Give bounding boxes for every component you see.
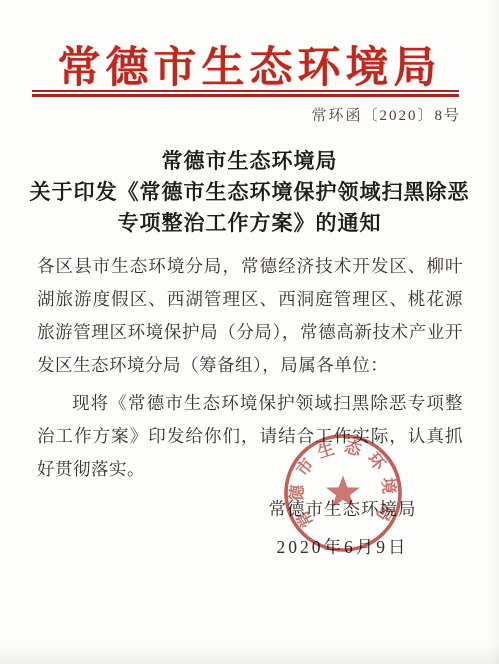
seal-star-icon [326, 476, 360, 508]
recipients-paragraph: 各区县市生态环境分局，常德经济技术开发区、柳叶湖旅游度假区、西湖管理区、西洞庭管… [37, 250, 463, 382]
letterhead-agency-title: 常德市生态环境局 [0, 34, 499, 95]
document-title-line2: 关于印发《常德市生态环境保护领域扫黑除恶 [0, 177, 499, 208]
document-number: 常环函〔2020〕8号 [311, 104, 461, 125]
document-title: 常德市生态环境局 关于印发《常德市生态环境保护领域扫黑除恶 专项整治工作方案》的… [0, 146, 499, 239]
document-title-line1: 常德市生态环境局 [0, 146, 499, 177]
letterhead-rule-top [32, 90, 459, 92]
letterhead-rule-bottom [32, 94, 459, 97]
official-seal: 常德市生态环境局 [280, 430, 406, 556]
official-document-page: 常德市生态环境局 常环函〔2020〕8号 常德市生态环境局 关于印发《常德市生态… [0, 0, 499, 664]
document-title-line3: 专项整治工作方案》的通知 [0, 208, 499, 239]
